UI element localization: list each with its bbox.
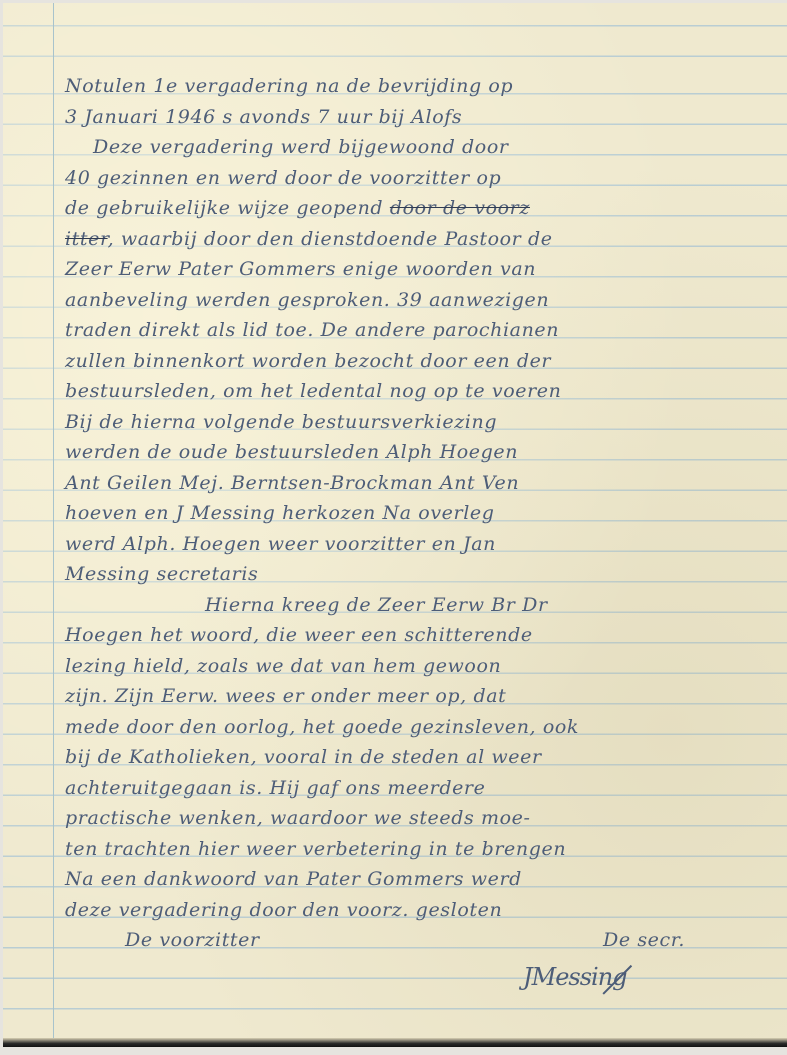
title-line: Notulen 1e vergadering na de bevrijding … — [65, 71, 780, 102]
text-line: achteruitgegaan is. Hij gaf ons meerdere — [65, 773, 780, 804]
handwritten-minutes: Notulen 1e vergadering na de bevrijding … — [65, 71, 780, 956]
text-line: bestuursleden, om het ledental nog op te… — [65, 376, 780, 407]
text-line: Messing secretaris — [65, 559, 780, 590]
page-bottom-edge — [3, 1038, 787, 1047]
text-line: aanbeveling werden gesproken. 39 aanwezi… — [65, 285, 780, 316]
text-segment: , waarbij door den dienstdoende Pastoor … — [108, 228, 553, 250]
text-line: bij de Katholieken, vooral in de steden … — [65, 742, 780, 773]
struck-text: door de voorz — [390, 197, 530, 219]
text-line: Na een dankwoord van Pater Gommers werd — [65, 864, 780, 895]
text-line: zullen binnenkort worden bezocht door ee… — [65, 346, 780, 377]
struck-text: itter — [65, 228, 108, 250]
text-line: Zeer Eerw Pater Gommers enige woorden va… — [65, 254, 780, 285]
text-line: Bij de hierna volgende bestuursverkiezin… — [65, 407, 780, 438]
text-line: ten trachten hier weer verbetering in te… — [65, 834, 780, 865]
chairman-label: De voorzitter — [125, 925, 260, 956]
text-line: practische wenken, waardoor we steeds mo… — [65, 803, 780, 834]
margin-rule — [53, 3, 54, 1047]
text-line: mede door den oorlog, het goede gezinsle… — [65, 712, 780, 743]
text-line: traden direkt als lid toe. De andere par… — [65, 315, 780, 346]
text-segment: de gebruikelijke wijze geopend — [65, 197, 383, 219]
text-line: de gebruikelijke wijze geopend door de v… — [65, 193, 780, 224]
text-line: 40 gezinnen en werd door de voorzitter o… — [65, 163, 780, 194]
text-line: hoeven en J Messing herkozen Na overleg — [65, 498, 780, 529]
text-line: deze vergadering door den voorz. geslote… — [65, 895, 780, 926]
secretary-label: De secr. — [603, 925, 685, 956]
text-line: werden de oude bestuursleden Alph Hoegen — [65, 437, 780, 468]
notebook-page: Notulen 1e vergadering na de bevrijding … — [3, 3, 787, 1047]
text-line: itter, waarbij door den dienstdoende Pas… — [65, 224, 780, 255]
text-line: zijn. Zijn Eerw. wees er onder meer op, … — [65, 681, 780, 712]
text-line: werd Alph. Hoegen weer voorzitter en Jan — [65, 529, 780, 560]
date-line: 3 Januari 1946 s avonds 7 uur bij Alofs — [65, 102, 780, 133]
text-line: Hoegen het woord, die weer een schittere… — [65, 620, 780, 651]
closing-row: De voorzitter De secr. — [65, 925, 685, 956]
text-line: lezing hield, zoals we dat van hem gewoo… — [65, 651, 780, 682]
text-line: Hierna kreeg de Zeer Eerw Br Dr — [65, 590, 780, 621]
text-line: Deze vergadering werd bijgewoond door — [65, 132, 780, 163]
text-line: Ant Geilen Mej. Berntsen-Brockman Ant Ve… — [65, 468, 780, 499]
